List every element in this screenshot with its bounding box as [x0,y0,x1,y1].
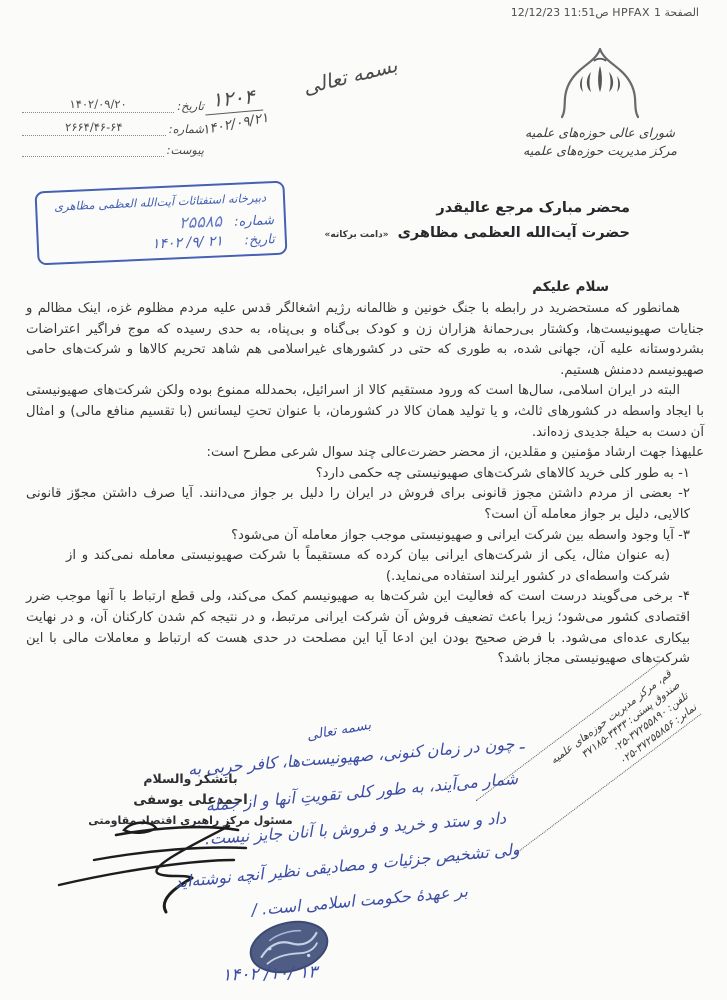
attachment-label: پیوست: [167,143,204,157]
stamp-date-value: ۱۴۰۲ /۹/ ۲۱ [152,233,224,252]
paragraph-3: علیهذا جهت ارشاد مؤمنین و مقلدین، از محض… [26,443,704,464]
question-3-note: (به عنوان مثال، یکی از شرکت‌های ایرانی ب… [26,546,704,587]
addressee-line1: محضر مبارک مرجع عالیقدر [325,200,630,216]
bismillah-calligraphy: بسمه تعالی [301,53,400,100]
question-4: ۴- برخی می‌گویند درست است که فعالیت این … [26,587,704,669]
reply-date: ۱۴۰۲ /۱۰/ ۱۳ [222,962,318,985]
stamp-number-label: شماره: [222,213,275,230]
paragraph-1: همانطور که مستحضرید در رابطه با جنگ خونی… [26,299,704,381]
addressee-name: حضرت آیت‌الله العظمی مظاهری [398,225,630,241]
question-2: ۲- بعضی از مردم داشتن مجوز قانونی برای ف… [26,484,704,525]
letterhead-org-line2: مرکز مدیریت حوزه‌های علمیه [500,142,700,160]
number-value: ۲۶۶۴/۴۶-۶۴ [22,120,166,136]
question-1: ۱- به طور کلی خرید کالاهای شرکت‌های صهیو… [26,464,704,485]
reply-line-2: شمار می‌آیند، به طور کلی تقویتِ آنها و ا… [198,767,534,815]
handwritten-number: ۱۲۰۴ [203,84,264,116]
addressee-block: محضر مبارک مرجع عالیقدر حضرت آیت‌الله ال… [325,200,630,241]
iran-emblem-arch-icon [548,46,652,124]
addressee-line2: حضرت آیت‌الله العظمی مظاهری «دامت برکاته… [325,225,630,241]
salutation: سلام علیکم [532,279,609,295]
attachment-value [22,155,164,157]
letter-body: همانطور که مستحضرید در رابطه با جنگ خونی… [26,299,704,670]
fax-header: 12/12/23 11:51ص HPFAX الصفحة 1 [511,6,699,19]
handwritten-registry-note: ۱۲۰۴ ۱۴۰۲/۰۹/۲۱ [184,82,284,136]
handwritten-reply: بسمه تعالی ـ چون در زمان کنونی، صهیونیست… [195,709,541,934]
secretariat-stamp: دبیرخانه استفتائات آیت‌الله العظمی مظاهر… [35,181,288,266]
question-3: ۳- آیا وجود واسطه بین شرکت ایرانی و صهیو… [26,526,704,547]
date-value: ۱۴۰۲/۰۹/۲۰ [22,97,174,113]
paragraph-2: البته در ایران اسلامی، سال‌ها است که ورو… [26,381,704,443]
meta-attachment-row: پیوست: [22,143,204,157]
stamp-date-label: تاریخ: [223,232,276,249]
letterhead-org-line1: شورای عالی حوزه‌های علمیه [500,124,700,142]
stamp-number-value: ۲۵۵۸۵ [179,211,223,232]
letter-meta-block: تاریخ: ۱۴۰۲/۰۹/۲۰ شماره: ۲۶۶۴/۴۶-۶۴ پیوس… [22,97,204,164]
meta-date-row: تاریخ: ۱۴۰۲/۰۹/۲۰ [22,97,204,113]
addressee-honorific: «دامت برکاته» [325,230,389,240]
meta-number-row: شماره: ۲۶۶۴/۴۶-۶۴ [22,120,204,136]
scanned-letter-page: 12/12/23 11:51ص HPFAX الصفحة 1 شورای عال… [0,0,727,1000]
letterhead: شورای عالی حوزه‌های علمیه مرکز مدیریت حو… [500,46,700,160]
